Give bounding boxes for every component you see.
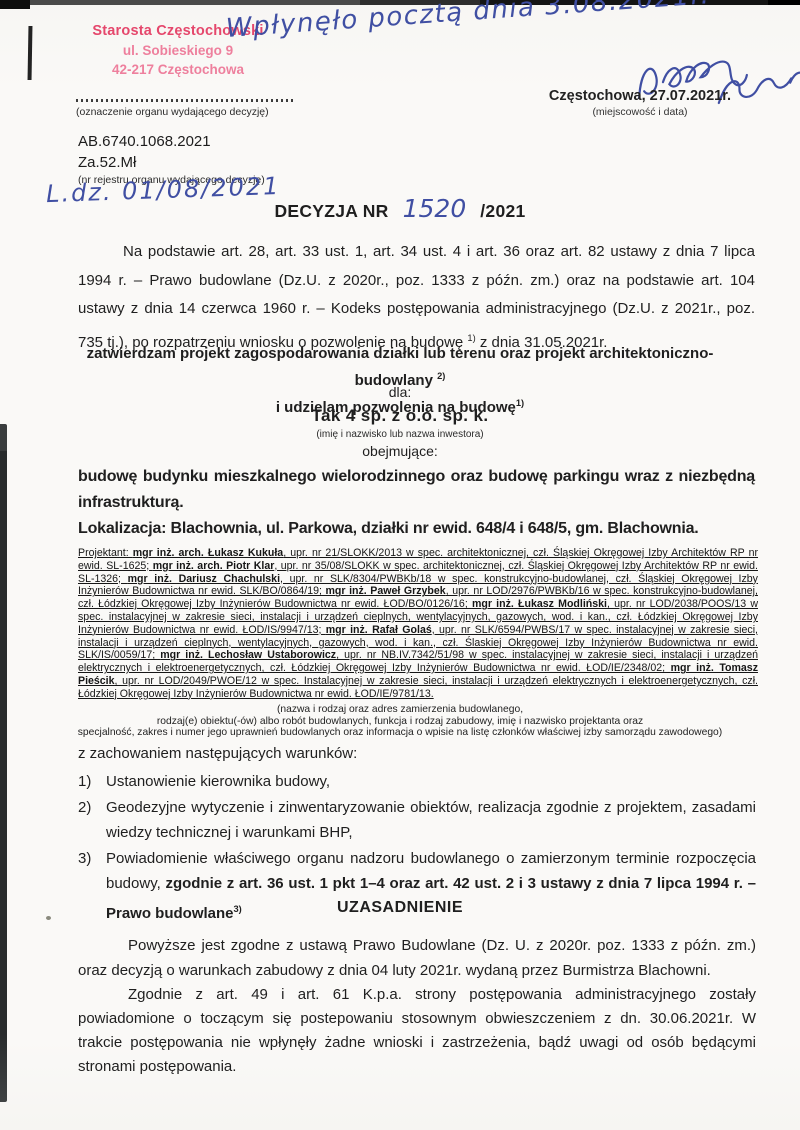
conditions-intro: z zachowaniem następujących warunków:	[78, 745, 357, 762]
decision-title-label: DECYZJA NR	[274, 201, 388, 221]
decision-title-year: /2021	[480, 201, 525, 221]
scope-location: Lokalizacja: Blachownia, ul. Parkowa, dz…	[78, 516, 755, 542]
stamp-street: ul. Sobieskiego 9	[88, 41, 268, 60]
investor-name: Tak 4 sp. z o.o. sp. k.	[0, 406, 800, 426]
designers-paragraph: Projektant: mgr inż. arch. Łukasz Kukuła…	[78, 547, 758, 701]
document-page: Starosta Częstochowski ul. Sobieskiego 9…	[0, 0, 800, 1130]
handwritten-received-note: Wpłynęło pocztą dnia 3.08.2021r.	[225, 0, 711, 44]
handwritten-decision-number: 1520	[403, 194, 467, 223]
place-date-caption: (miejscowość i data)	[535, 106, 745, 118]
legal-basis-paragraph: Na podstawie art. 28, art. 33 ust. 1, ar…	[78, 238, 755, 357]
condition-item: 2) Geodezyjne wytyczenie i zinwentaryzow…	[78, 795, 756, 846]
condition-text: Geodezyjne wytyczenie i zinwentaryzowani…	[106, 795, 756, 846]
justification-paragraph-2: Zgodnie z art. 49 i art. 61 K.p.a. stron…	[78, 983, 756, 1079]
designers-caption-line-2: rodzaj(e) obiektu(-ów) albo robót budowl…	[0, 716, 800, 728]
stamp-city: 42-217 Częstochowa	[88, 60, 268, 79]
scan-edge-left	[0, 424, 7, 1102]
justification-heading: UZASADNIENIE	[0, 899, 800, 917]
place-date: Częstochowa, 27.07.2021r.	[535, 88, 745, 104]
issuer-caption: (oznaczenie organu wydającego decyzję)	[76, 106, 306, 118]
condition-text: Ustanowienie kierownika budowy,	[106, 769, 756, 795]
dotted-line	[76, 99, 294, 102]
case-number-2: Za.52.Mł	[78, 152, 265, 173]
condition-number: 1)	[78, 769, 106, 795]
issuer-block: (oznaczenie organu wydającego decyzję)	[76, 99, 306, 118]
justification-paragraph-1: Powyższe jest zgodne z ustawą Prawo Budo…	[78, 934, 756, 983]
place-date-block: Częstochowa, 27.07.2021r. (miejscowość i…	[535, 88, 745, 118]
designers-caption-line-3: specjalność, zakres i numer jego uprawni…	[0, 727, 800, 739]
scan-mark-vertical	[28, 26, 33, 80]
recipient-label: dla:	[0, 384, 800, 400]
condition-item: 1) Ustanowienie kierownika budowy,	[78, 769, 756, 795]
condition-number: 2)	[78, 795, 106, 846]
case-number: AB.6740.1068.2021	[78, 131, 265, 152]
investor-caption: (imię i nazwisko lub nazwa inwestora)	[0, 429, 800, 440]
decision-title: DECYZJA NR1520/2021	[0, 197, 800, 226]
designers-caption-line-1: (nazwa i rodzaj oraz adres zamierzenia b…	[0, 704, 800, 716]
scan-edge-top-blob	[0, 0, 30, 9]
scope-label: obejmujące:	[0, 443, 800, 459]
scope-block: budowę budynku mieszkalnego wielorodzinn…	[78, 464, 755, 542]
scope-description: budowę budynku mieszkalnego wielorodzinn…	[78, 464, 755, 516]
designers-caption: (nazwa i rodzaj oraz adres zamierzenia b…	[0, 704, 800, 739]
